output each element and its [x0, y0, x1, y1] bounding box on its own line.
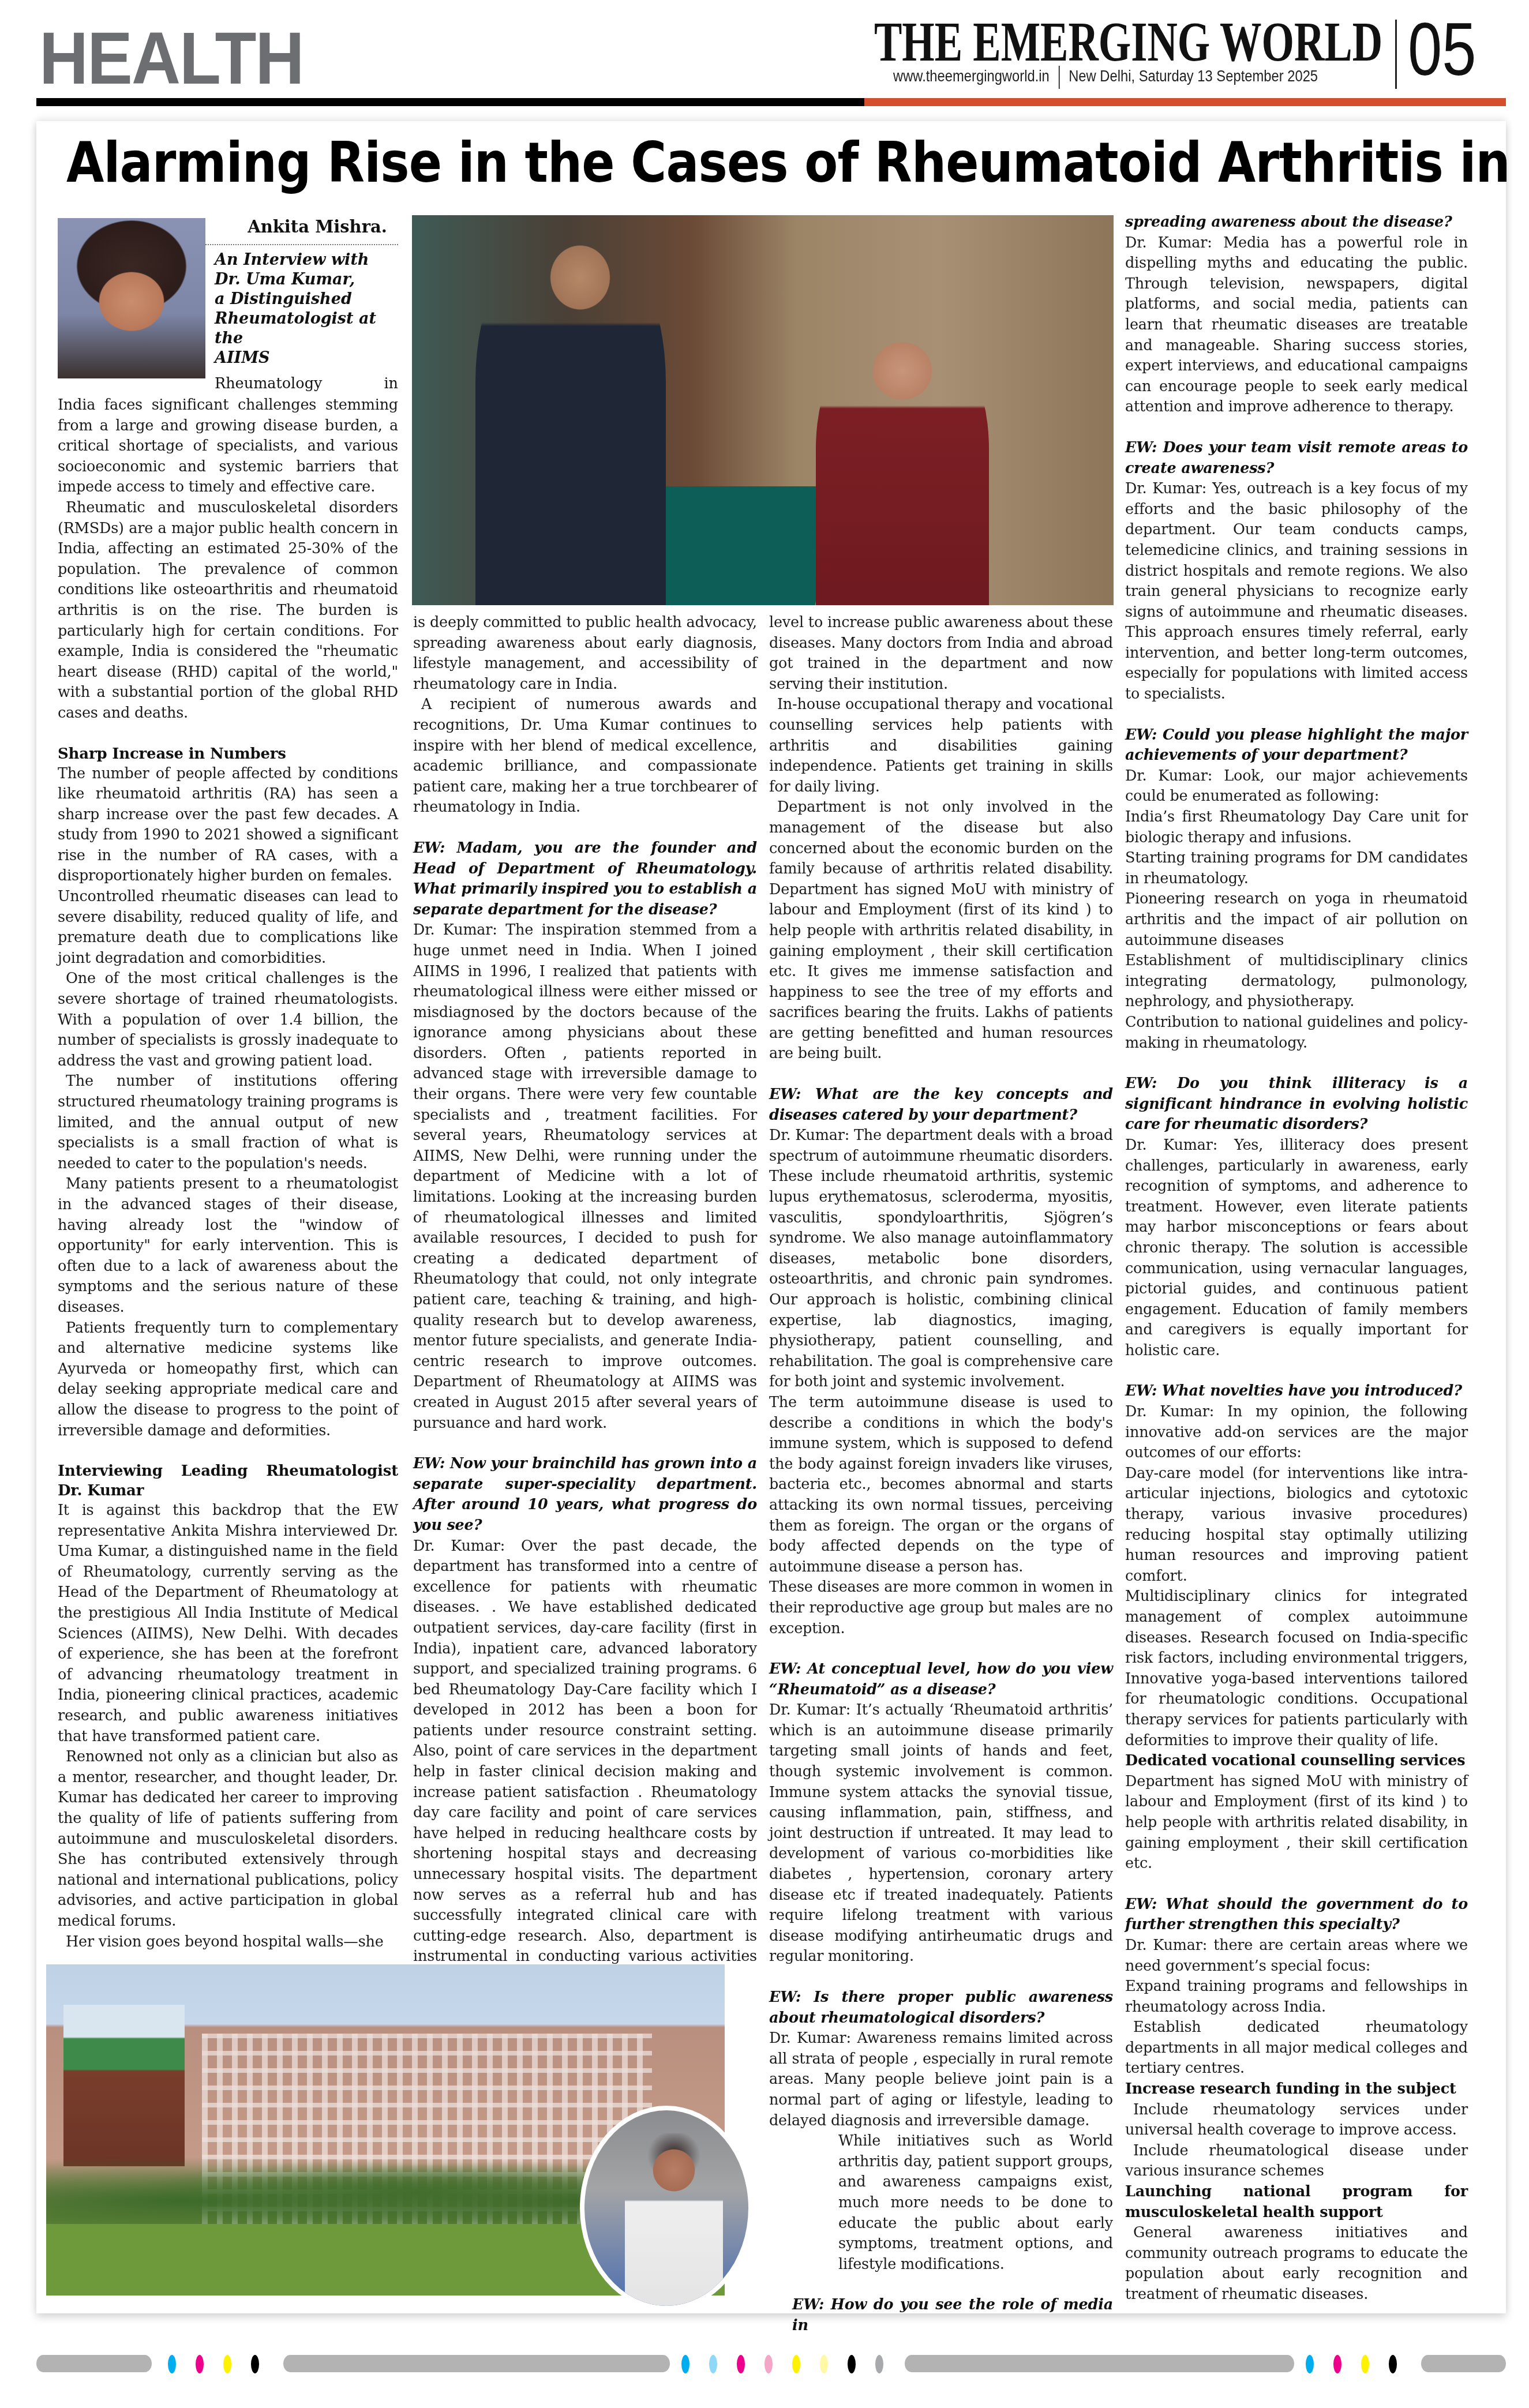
paragraph: A recipient of numerous awards and recog…	[413, 695, 757, 818]
interview-answer: Dr. Kumar: Yes, outreach is a key focus …	[1125, 479, 1468, 705]
interview-question: EW: Now your brainchild has grown into a…	[413, 1454, 757, 1536]
interview-question: EW: What should the government do to fur…	[1125, 1895, 1468, 1936]
black-dot	[848, 2355, 856, 2373]
author-portrait-photo	[58, 218, 205, 378]
subheading: Sharp Increase in Numbers	[58, 744, 398, 764]
interview-question: EW: Could you please highlight the major…	[1125, 725, 1468, 766]
masthead-rule-black	[36, 98, 864, 106]
interview-answer: Dr. Kumar: Look, our major achievements …	[1125, 766, 1468, 807]
achievement-item: Starting training programs for DM candid…	[1125, 848, 1468, 889]
cyan-dot	[681, 2355, 689, 2373]
magenta-dot	[737, 2355, 745, 2373]
doctor-portrait-circle-photo	[580, 2106, 753, 2311]
interview-answer: Dr. Kumar: The inspiration stemmed from …	[413, 920, 757, 1434]
novelty-item: Day-care model (for interventions like i…	[1125, 1464, 1468, 1587]
paragraph: is deeply committed to public health adv…	[413, 613, 757, 695]
meta-divider	[1059, 66, 1060, 89]
bouquet-presentation-photo	[412, 215, 1114, 605]
light-magenta-dot	[765, 2355, 773, 2373]
paragraph: India faces significant challenges stemm…	[58, 395, 398, 498]
article-headline: Alarming Rise in the Cases of Rheumatoid…	[66, 134, 1300, 192]
newspaper-name: THE EMERGING WORLD	[874, 14, 1382, 70]
interview-answer: Dr. Kumar: Yes, illiteracy does present …	[1125, 1135, 1468, 1361]
interview-question: EW: What novelties have you introduced?	[1125, 1381, 1468, 1402]
cyan-dot	[1306, 2355, 1314, 2373]
inline-heading: Launching national program for musculosk…	[1125, 2182, 1468, 2223]
paragraph: Patients frequently turn to complementar…	[58, 1318, 398, 1442]
column-3: level to increase public awareness about…	[769, 613, 1113, 2336]
section-label: HEALTH	[39, 22, 303, 96]
yellow-dot	[1361, 2355, 1369, 2373]
paragraph: Uncontrolled rheumatic diseases can lead…	[58, 887, 398, 969]
achievement-item: Contribution to national guidelines and …	[1125, 1012, 1468, 1053]
interview-answer: While initiatives such as World arthriti…	[769, 2131, 1113, 2275]
interview-question: EW: Madam, you are the founder and Head …	[413, 838, 757, 920]
column-4: spreading awareness about the disease? D…	[1125, 212, 1468, 2305]
magenta-dot	[1333, 2355, 1341, 2373]
interview-answer: Dr. Kumar: In my opinion, the following …	[1125, 1402, 1468, 1464]
paragraph: level to increase public awareness about…	[769, 613, 1113, 695]
interview-question: spreading awareness about the disease?	[1125, 212, 1468, 233]
interview-question: EW: What are the key concepts and diseas…	[769, 1085, 1113, 1126]
byline: Ankita Mishra.	[239, 217, 395, 237]
lead-line: Rheumatology in	[215, 375, 398, 392]
interview-answer: Dr. Kumar: It’s actually ‘Rheumatoid art…	[769, 1700, 1113, 1967]
novelty-item: Multidisciplinary clinics for integrated…	[1125, 1586, 1468, 1751]
column-2: is deeply committed to public health adv…	[413, 613, 757, 1988]
black-dot	[1389, 2355, 1397, 2373]
masthead-meta: www.theemergingworld.inNew Delhi, Saturd…	[893, 66, 1318, 89]
light-cyan-dot	[709, 2355, 717, 2373]
recommendation-item: General awareness initiatives and commun…	[1125, 2223, 1468, 2305]
paragraph: One of the most critical challenges is t…	[58, 969, 398, 1071]
yellow-dot	[792, 2355, 800, 2373]
website-link[interactable]: www.theemergingworld.in	[893, 67, 1050, 85]
paragraph: Department has signed MoU with ministry …	[1125, 1772, 1468, 1874]
achievement-item: Pioneering research on yoga in rheumatoi…	[1125, 889, 1468, 951]
paragraph: Many patients present to a rheumatologis…	[58, 1174, 398, 1318]
magenta-dot	[196, 2355, 204, 2373]
inline-heading: Dedicated vocational counselling service…	[1125, 1751, 1468, 1772]
paragraph: Renowned not only as a clinician but als…	[58, 1747, 398, 1931]
gray-dot	[875, 2355, 883, 2373]
interview-answer: The term autoimmune disease is used to d…	[769, 1393, 1113, 1577]
interview-answer: Dr. Kumar: Media has a powerful role in …	[1125, 233, 1468, 418]
interview-question: EW: Does your team visit remote areas to…	[1125, 438, 1468, 479]
cyan-dot	[168, 2355, 176, 2373]
interview-answer: Dr. Kumar: Awareness remains limited acr…	[769, 2028, 1113, 2131]
paragraph: It is against this backdrop that the EW …	[58, 1501, 398, 1747]
yellow-dot	[223, 2355, 231, 2373]
column-1: India faces significant challenges stemm…	[58, 395, 398, 1952]
paragraph: The number of institutions offering stru…	[58, 1071, 398, 1174]
page-number: 05	[1408, 12, 1476, 87]
recommendation-item: Include rheumatological disease under va…	[1125, 2141, 1468, 2182]
interview-question: EW: How do you see the role of media in	[769, 2295, 1113, 2336]
recommendation-item: Include rheumatology services under univ…	[1125, 2100, 1468, 2141]
dateline: New Delhi, Saturday 13 September 2025	[1069, 67, 1318, 85]
page-number-divider	[1395, 20, 1397, 89]
interview-answer: These diseases are more common in women …	[769, 1577, 1113, 1639]
registration-marks	[36, 2355, 1506, 2372]
interview-question: EW: At conceptual level, how do you view…	[769, 1659, 1113, 1700]
subheading: Interviewing Leading Rheumatologist Dr. …	[58, 1461, 398, 1501]
interview-answer: Dr. Kumar: Over the past decade, the dep…	[413, 1536, 757, 1988]
black-dot	[251, 2355, 259, 2373]
paragraph: Department is not only involved in the m…	[769, 797, 1113, 1064]
interview-question: EW: Is there proper public awareness abo…	[769, 1987, 1113, 2028]
recommendation-item: Expand training programs and fellowships…	[1125, 1976, 1468, 2017]
inline-heading: Increase research funding in the subject	[1125, 2079, 1468, 2100]
achievement-item: Establishment of multidisciplinary clini…	[1125, 951, 1468, 1012]
byline-divider	[205, 244, 398, 245]
light-yellow-dot	[820, 2355, 828, 2373]
paragraph: Rheumatic and musculoskeletal disorders …	[58, 498, 398, 724]
interview-answer: Dr. Kumar: there are certain areas where…	[1125, 1936, 1468, 1976]
paragraph: The number of people affected by conditi…	[58, 764, 398, 887]
masthead-rule-orange	[864, 98, 1506, 106]
paragraph: In-house occupational therapy and vocati…	[769, 695, 1113, 797]
recommendation-item: Establish dedicated rheumatology departm…	[1125, 2017, 1468, 2079]
article-deck: An Interview with Dr. Uma Kumar, a Disti…	[215, 250, 399, 368]
interview-question: EW: Do you think illiteracy is a signifi…	[1125, 1074, 1468, 1135]
interview-answer: Dr. Kumar: The department deals with a b…	[769, 1126, 1113, 1393]
paragraph: Her vision goes beyond hospital walls—sh…	[58, 1932, 398, 1953]
achievement-item: India’s first Rheumatology Day Care unit…	[1125, 807, 1468, 848]
